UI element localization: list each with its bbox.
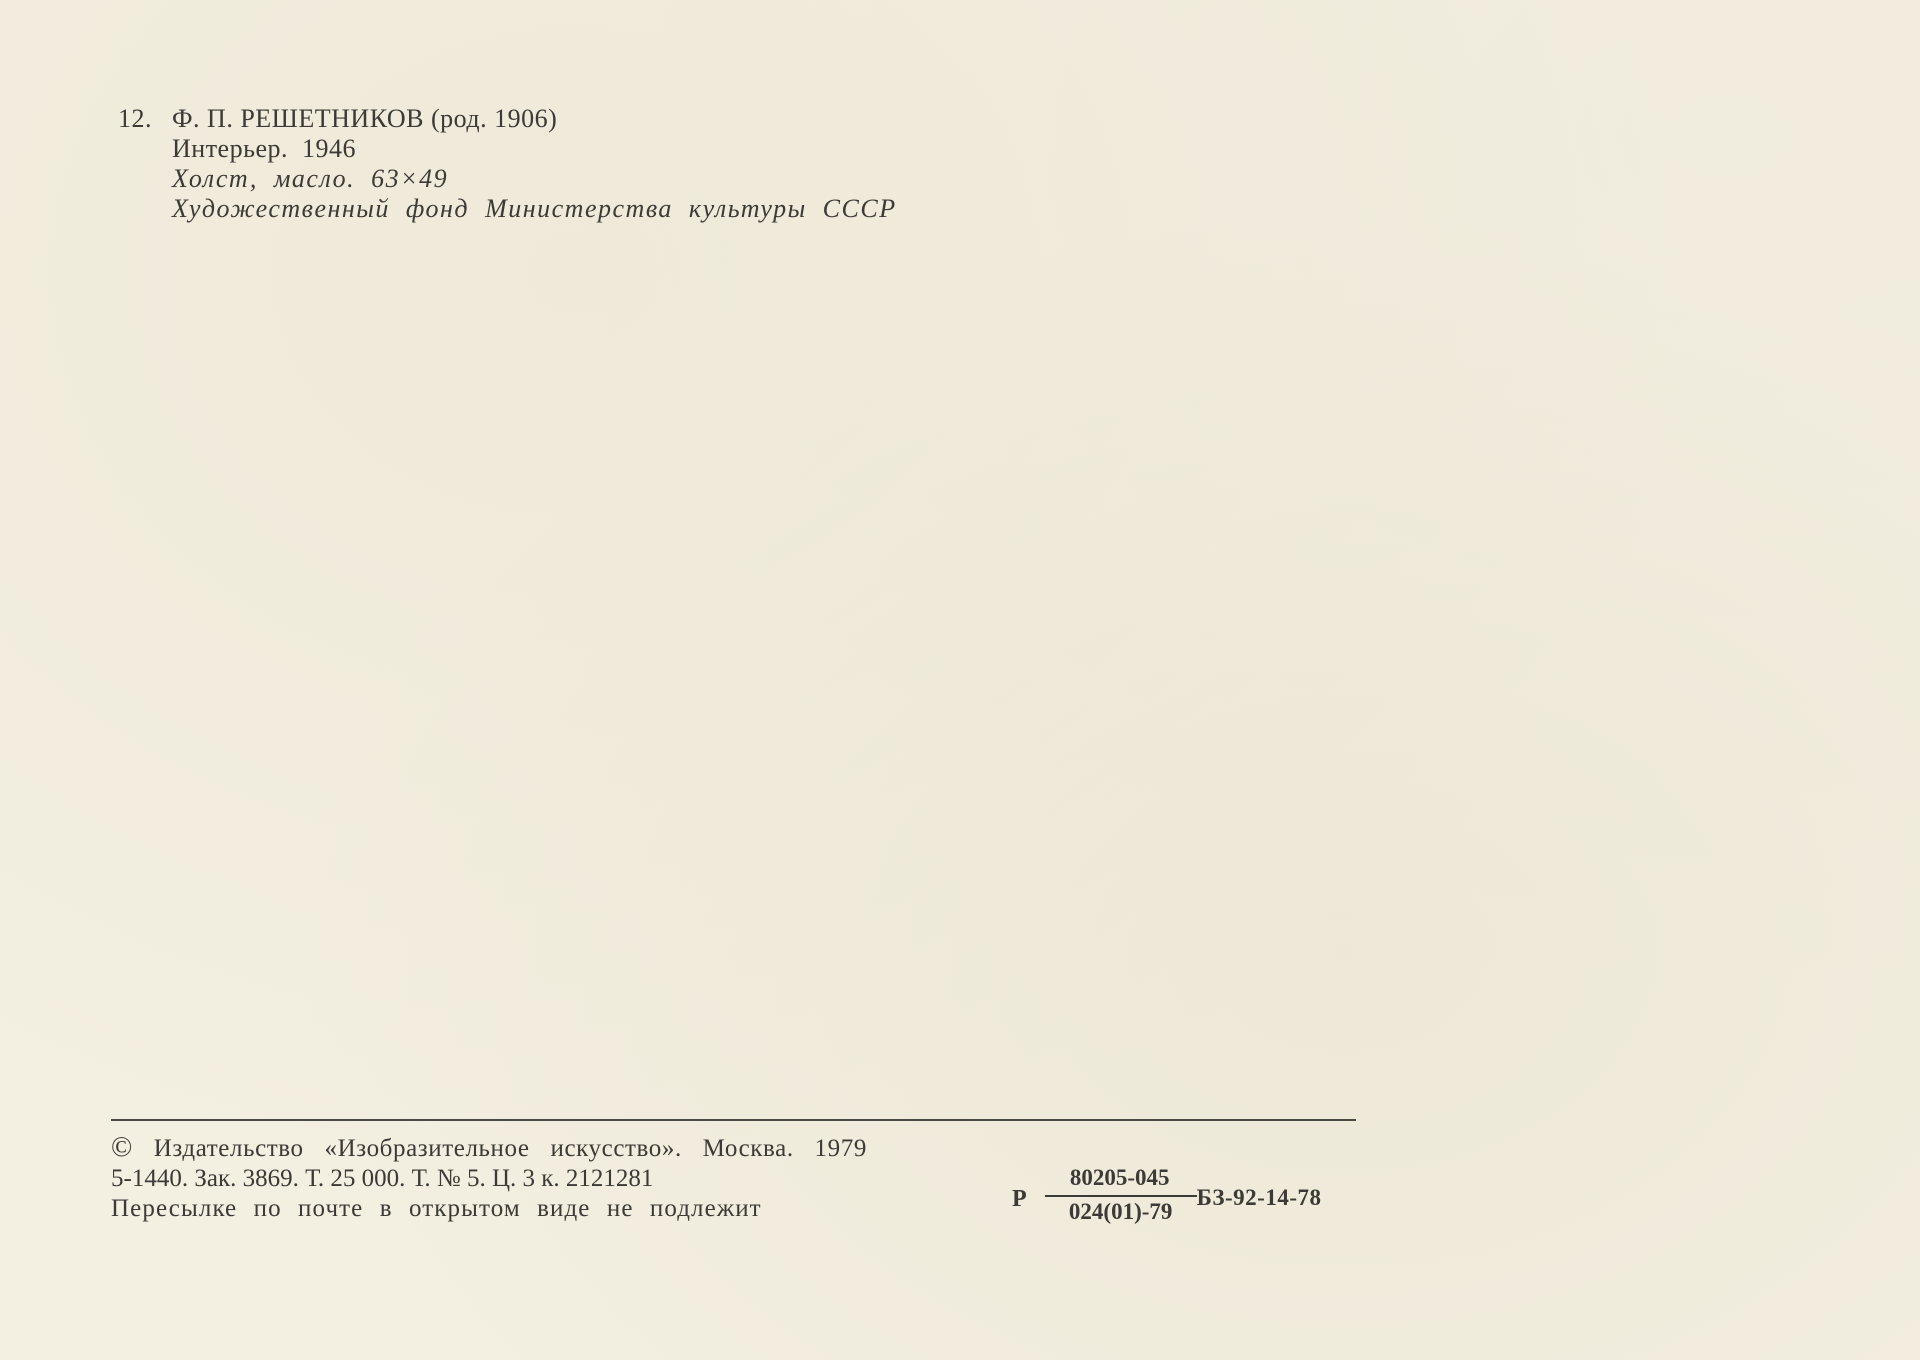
copyright-icon: © xyxy=(111,1132,133,1163)
artwork-medium: Холст, масло. 63×49 xyxy=(118,164,897,194)
publisher-imprint: © Издательство «Изобразительное искусств… xyxy=(111,1133,867,1224)
code-fraction: 80205-045 024(01)-79 xyxy=(1045,1165,1197,1225)
artist-name: Ф. П. РЕШЕТНИКОВ (род. 1906) xyxy=(172,104,557,133)
publisher-text: Издательство «Изобразительное искусство»… xyxy=(154,1135,867,1162)
print-info: 5-1440. Зак. 3869. Т. 25 000. Т. № 5. Ц.… xyxy=(111,1164,867,1194)
publisher-line: © Издательство «Изобразительное искусств… xyxy=(111,1133,867,1164)
price-code: Р 80205-045 024(01)-79 БЗ-92-14-78 xyxy=(1012,1165,1322,1225)
code-suffix: БЗ-92-14-78 xyxy=(1197,1185,1322,1211)
artwork-title: Интерьер. 1946 xyxy=(118,134,897,164)
artwork-collection: Художественный фонд Министерства культур… xyxy=(118,194,897,224)
code-prefix: Р xyxy=(1012,1186,1027,1213)
plate-number: 12. xyxy=(118,104,172,134)
artist-line: 12.Ф. П. РЕШЕТНИКОВ (род. 1906) xyxy=(118,104,897,134)
code-numerator: 80205-045 xyxy=(1045,1165,1197,1197)
postal-note: Пересылке по почте в открытом виде не по… xyxy=(111,1194,867,1224)
artwork-caption: 12.Ф. П. РЕШЕТНИКОВ (род. 1906) Интерьер… xyxy=(118,104,897,224)
divider-rule xyxy=(111,1119,1356,1121)
code-denominator: 024(01)-79 xyxy=(1069,1197,1172,1225)
